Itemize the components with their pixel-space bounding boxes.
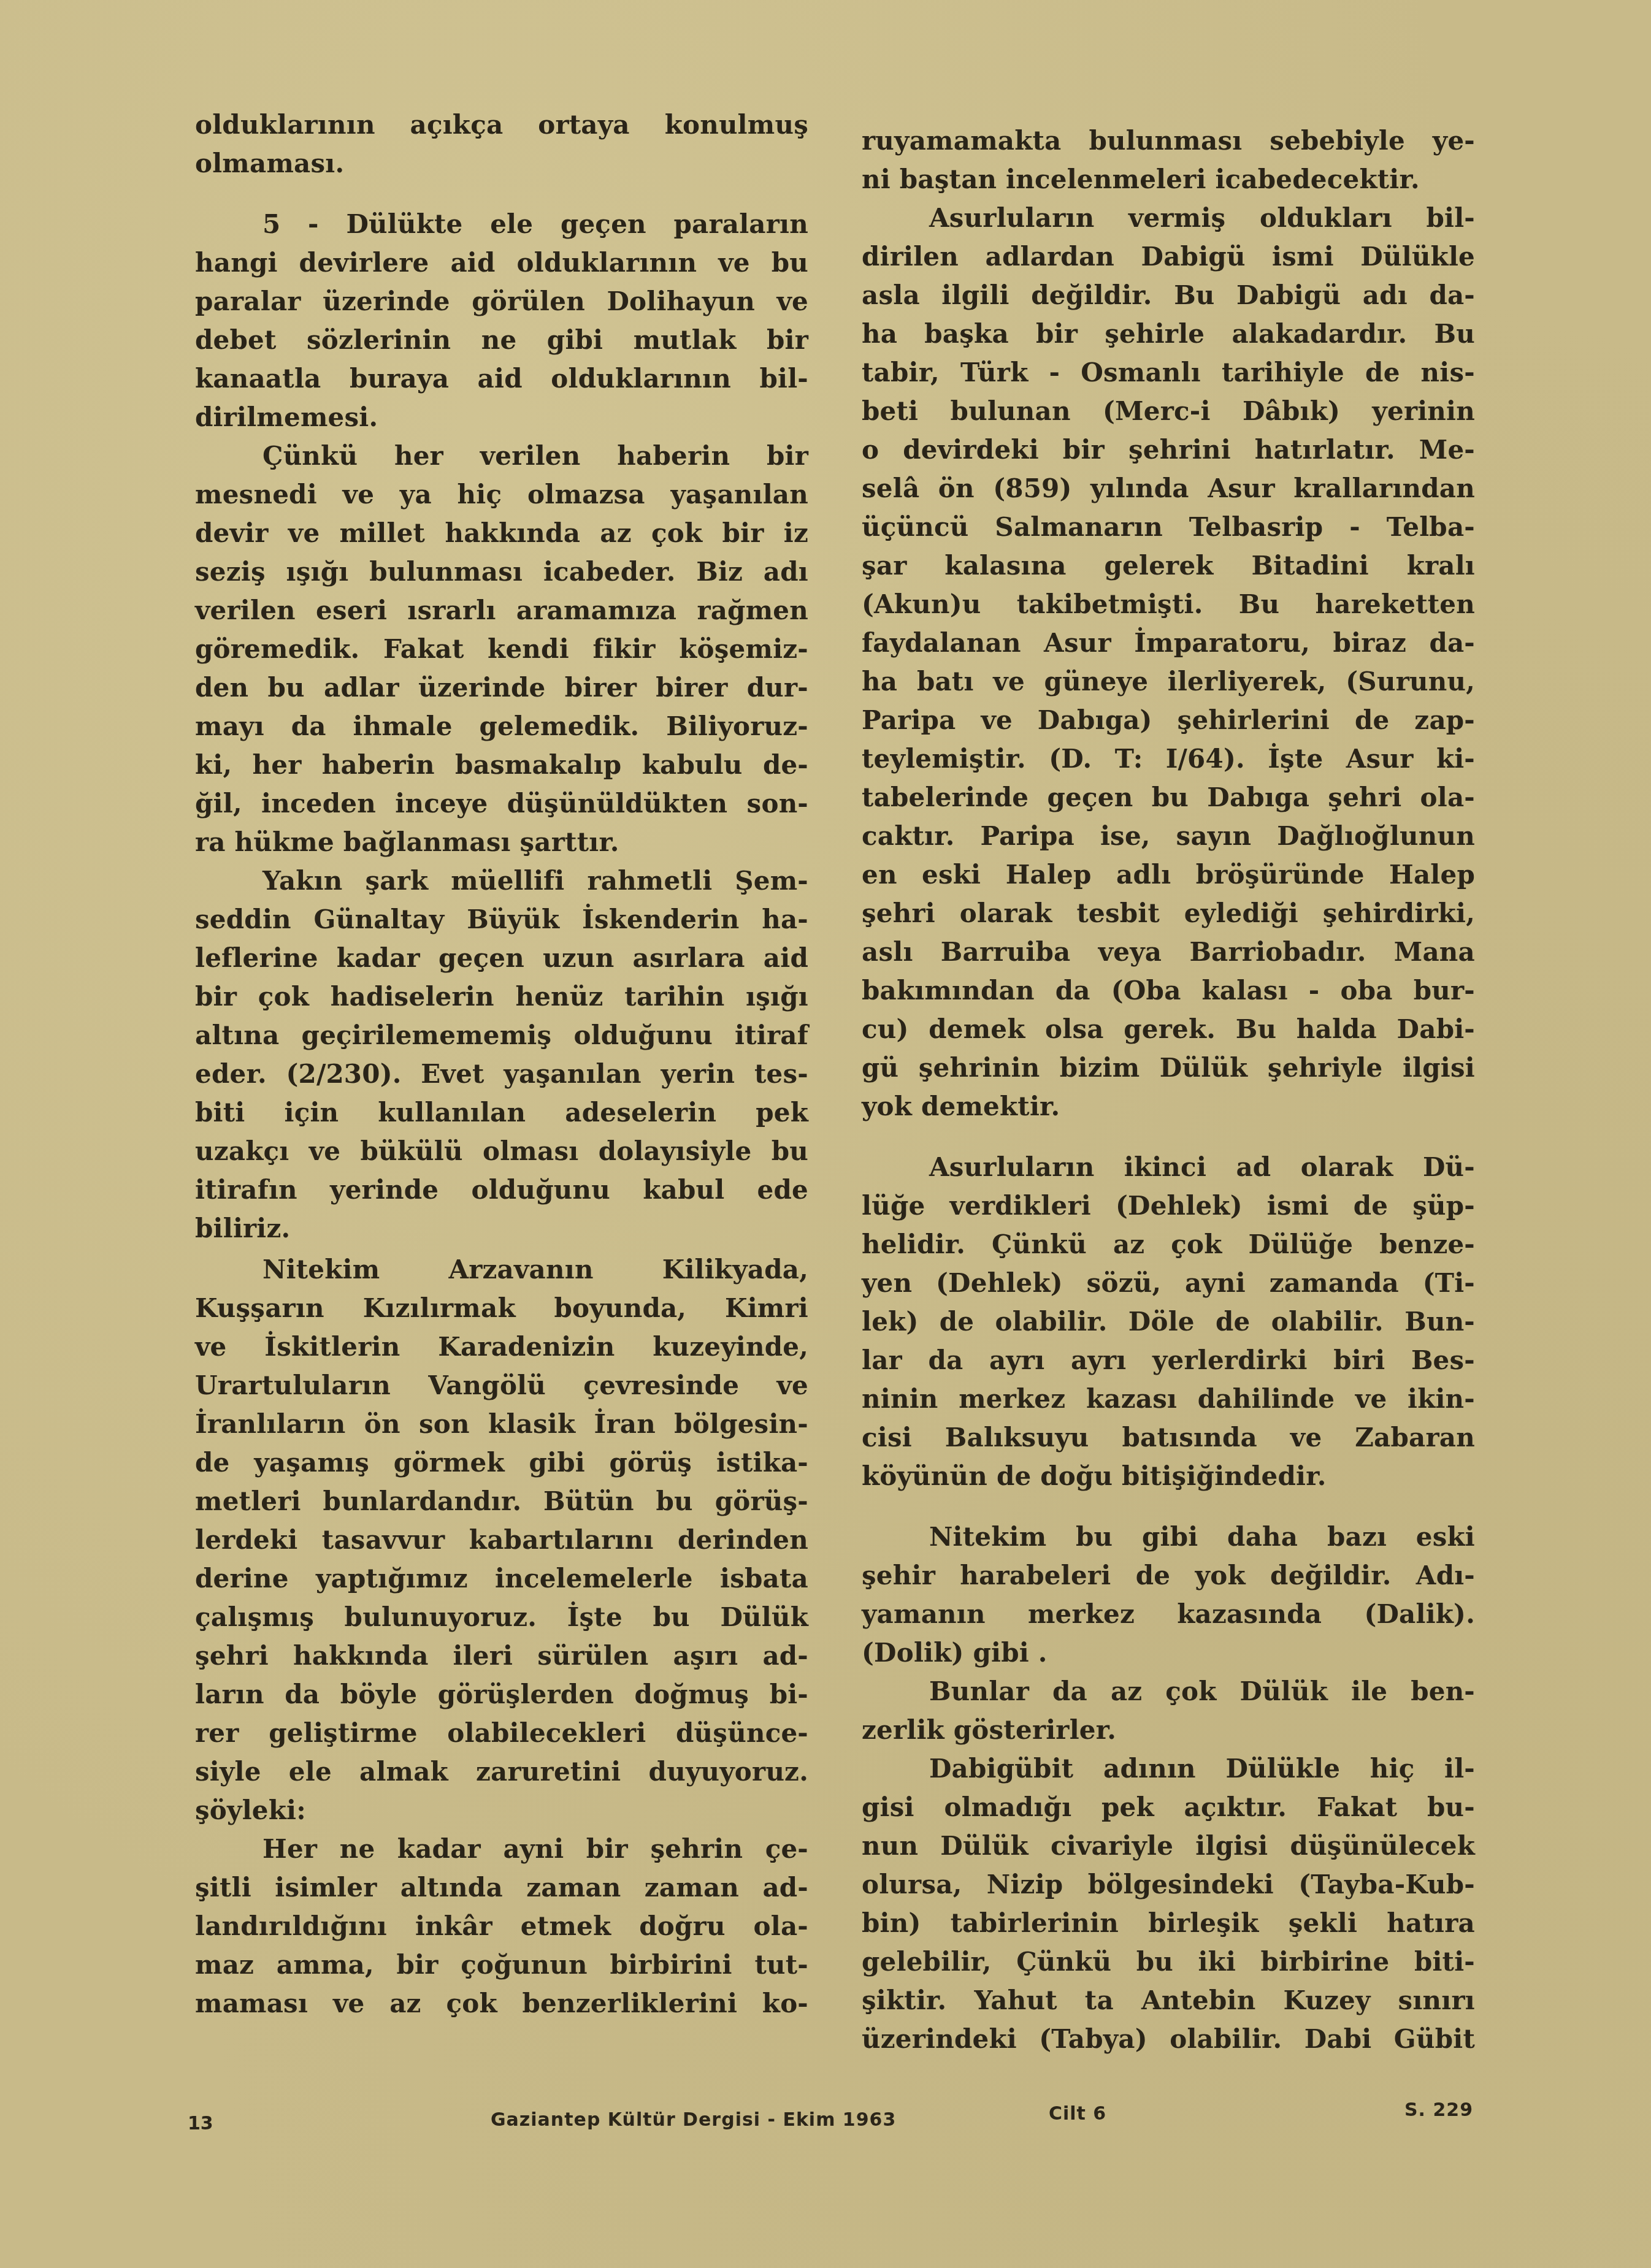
text-line: bakımından da (Oba kalası - oba bur- xyxy=(862,971,1475,1010)
text-line: ha başka bir şehirle alakadardır. Bu xyxy=(862,315,1475,353)
text-line: altına geçirilemememiş olduğunu itiraf xyxy=(195,1016,808,1055)
text-line: biliriz. xyxy=(195,1209,808,1248)
text-line: helidir. Çünkü az çok Dülüğe benze- xyxy=(862,1225,1475,1264)
text-line: gelebilir, Çünkü bu iki birbirine biti- xyxy=(862,1942,1475,1981)
text-line: selâ ön (859) yılında Asur krallarından xyxy=(862,469,1475,508)
paragraph: olduklarının açıkça ortaya konulmuş olma… xyxy=(195,105,808,183)
paragraph: 5 - Dülükte ele geçen paraların hangi de… xyxy=(195,205,808,437)
text-line: hangi devirlere aid olduklarının ve bu xyxy=(195,243,808,282)
text-line: verilen eseri ısrarlı aramamıza rağmen xyxy=(195,591,808,630)
publication-title: Gaziantep Kültür Dergisi - Ekim 1963 xyxy=(491,2109,896,2131)
text-line: maz amma, bir çoğunun birbirini tut- xyxy=(195,1945,808,1984)
text-line: şöyleki: xyxy=(195,1791,808,1830)
text-line: den bu adlar üzerinde birer birer dur- xyxy=(195,668,808,707)
text-line: siyle ele almak zaruretini duyuyoruz. xyxy=(195,1752,808,1791)
text-line: lerdeki tasavvur kabartılarını derinden xyxy=(195,1521,808,1559)
text-line: ha batı ve güneye ilerliyerek, (Surunu, xyxy=(862,662,1475,701)
text-line: caktır. Paripa ise, sayın Dağlıoğlunun xyxy=(862,817,1475,855)
text-line: Yakın şark müellifi rahmetli Şem- xyxy=(195,861,808,900)
page-number: 13 xyxy=(188,2113,213,2134)
text-line: Her ne kadar ayni bir şehrin çe- xyxy=(195,1830,808,1868)
left-column: olduklarının açıkça ortaya konulmuş olma… xyxy=(195,105,808,2023)
volume-label: Cilt 6 xyxy=(1049,2103,1106,2125)
text-line: yok demektir. xyxy=(862,1087,1475,1126)
text-line: cu) demek olsa gerek. Bu halda Dabi- xyxy=(862,1010,1475,1048)
right-column: ruyamamakta bulunması sebebiyle ye- ni b… xyxy=(862,121,1475,2058)
text-line: de yaşamış görmek gibi görüş istika- xyxy=(195,1443,808,1482)
text-line: şar kalasına gelerek Bitadini kralı xyxy=(862,546,1475,585)
text-line: kanaatla buraya aid olduklarının bil- xyxy=(195,359,808,398)
text-line: uzakçı ve bükülü olması dolayısiyle bu xyxy=(195,1132,808,1170)
text-line: aslı Barruiba veya Barriobadır. Mana xyxy=(862,933,1475,971)
text-line: şehri hakkında ileri sürülen aşırı ad- xyxy=(195,1636,808,1675)
paragraph: Her ne kadar ayni bir şehrin çe- şitli i… xyxy=(195,1830,808,2023)
text-line: faydalanan Asur İmparatoru, biraz da- xyxy=(862,624,1475,662)
text-line: Asurluların vermiş oldukları bil- xyxy=(862,199,1475,237)
text-line: paralar üzerinde görülen Dolihayun ve xyxy=(195,282,808,321)
text-line: üzerindeki (Tabya) olabilir. Dabi Gübit xyxy=(862,2020,1475,2058)
paragraph: Asurluların ikinci ad olarak Dü- lüğe ve… xyxy=(862,1148,1475,1495)
text-line: lek) de olabilir. Döle de olabilir. Bun- xyxy=(862,1302,1475,1341)
text-line: dirilen adlardan Dabigü ismi Dülükle xyxy=(862,237,1475,276)
text-line: cisi Balıksuyu batısında ve Zabaran xyxy=(862,1418,1475,1457)
text-line: köyünün de doğu bitişiğindedir. xyxy=(862,1457,1475,1495)
text-line: ruyamamakta bulunması sebebiyle ye- xyxy=(862,121,1475,160)
text-line: nun Dülük civariyle ilgisi düşünülecek xyxy=(862,1827,1475,1865)
text-line: Nitekim Arzavanın Kilikyada, xyxy=(195,1250,808,1289)
text-line: Nitekim bu gibi daha bazı eski xyxy=(862,1518,1475,1556)
text-line: metleri bunlardandır. Bütün bu görüş- xyxy=(195,1482,808,1521)
text-line: İranlıların ön son klasik İran bölgesin- xyxy=(195,1405,808,1443)
text-line: bir çok hadiselerin henüz tarihin ışığı xyxy=(195,977,808,1016)
text-line: tabir, Türk - Osmanlı tarihiyle de nis- xyxy=(862,353,1475,392)
text-line: Kuşşarın Kızılırmak boyunda, Kimri xyxy=(195,1289,808,1327)
paragraph: Asurluların vermiş oldukları bil- dirile… xyxy=(862,199,1475,1126)
text-line: olursa, Nizip bölgesindeki (Tayba-Kub- xyxy=(862,1865,1475,1904)
text-line: mayı da ihmale gelemedik. Biliyoruz- xyxy=(195,707,808,746)
paragraph: Çünkü her verilen haberin bir mesnedi ve… xyxy=(195,437,808,861)
text-line: göremedik. Fakat kendi fikir köşemiz- xyxy=(195,630,808,668)
text-line: o devirdeki bir şehrini hatırlatır. Me- xyxy=(862,430,1475,469)
text-line: derine yaptığımız incelemelerle isbata xyxy=(195,1559,808,1598)
text-line: yen (Dehlek) sözü, ayni zamanda (Ti- xyxy=(862,1264,1475,1302)
text-line: debet sözlerinin ne gibi mutlak bir xyxy=(195,321,808,359)
text-line: ra hükme bağlanması şarttır. xyxy=(195,823,808,861)
text-line: lar da ayrı ayrı yerlerdirki biri Bes- xyxy=(862,1341,1475,1380)
text-line: ğil, inceden inceye düşünüldükten son- xyxy=(195,784,808,823)
text-line: ni baştan incelenmeleri icabedecektir. xyxy=(862,160,1475,199)
text-line: seziş ışığı bulunması icabeder. Biz adı xyxy=(195,552,808,591)
text-line: seddin Günaltay Büyük İskenderin ha- xyxy=(195,900,808,939)
text-line: yamanın merkez kazasında (Dalik). xyxy=(862,1595,1475,1633)
text-line: beti bulunan (Merc-i Dâbık) yerinin xyxy=(862,392,1475,430)
text-line: dirilmemesi. xyxy=(195,398,808,437)
text-line: ninin merkez kazası dahilinde ve ikin- xyxy=(862,1380,1475,1418)
text-line: asla ilgili değildir. Bu Dabigü adı da- xyxy=(862,276,1475,315)
text-line: en eski Halep adlı bröşüründe Halep xyxy=(862,855,1475,894)
text-line: ve İskitlerin Karadenizin kuzeyinde, xyxy=(195,1327,808,1366)
text-line: gisi olmadığı pek açıktır. Fakat bu- xyxy=(862,1788,1475,1827)
paragraph: Yakın şark müellifi rahmetli Şem- seddin… xyxy=(195,861,808,1248)
text-line: Dabigübit adının Dülükle hiç il- xyxy=(862,1749,1475,1788)
paragraph: Nitekim Arzavanın Kilikyada, Kuşşarın Kı… xyxy=(195,1250,808,1830)
issue-page-label: S. 229 xyxy=(1404,2099,1473,2121)
text-line: şehir harabeleri de yok değildir. Adı- xyxy=(862,1556,1475,1595)
text-line: Urartuluların Vangölü çevresinde ve xyxy=(195,1366,808,1405)
text-line: lüğe verdikleri (Dehlek) ismi de şüp- xyxy=(862,1186,1475,1225)
text-line: üçüncü Salmanarın Telbasrip - Telba- xyxy=(862,508,1475,546)
paragraph: ruyamamakta bulunması sebebiyle ye- ni b… xyxy=(862,121,1475,199)
text-line: biti için kullanılan adeselerin pek xyxy=(195,1093,808,1132)
text-line: tabelerinde geçen bu Dabıga şehri ola- xyxy=(862,778,1475,817)
text-line: leflerine kadar geçen uzun asırlara aid xyxy=(195,939,808,977)
text-line: maması ve az çok benzerliklerini ko- xyxy=(195,1984,808,2023)
text-line: (Dolik) gibi . xyxy=(862,1633,1475,1672)
text-line: olduklarının açıkça ortaya konulmuş xyxy=(195,105,808,144)
text-line: bin) tabirlerinin birleşik şekli hatıra xyxy=(862,1904,1475,1942)
text-line: şitli isimler altında zaman zaman ad- xyxy=(195,1868,808,1907)
text-line: Çünkü her verilen haberin bir xyxy=(195,437,808,475)
text-line: Bunlar da az çok Dülük ile ben- xyxy=(862,1672,1475,1711)
text-line: 5 - Dülükte ele geçen paraların xyxy=(195,205,808,243)
text-line: gü şehrinin bizim Dülük şehriyle ilgisi xyxy=(862,1048,1475,1087)
paragraph: Bunlar da az çok Dülük ile ben- zerlik g… xyxy=(862,1672,1475,1749)
text-line: rer geliştirme olabilecekleri düşünce- xyxy=(195,1714,808,1752)
text-line: (Akun)u takibetmişti. Bu hareketten xyxy=(862,585,1475,624)
text-line: itirafın yerinde olduğunu kabul ede xyxy=(195,1170,808,1209)
paragraph: Nitekim bu gibi daha bazı eski şehir har… xyxy=(862,1518,1475,1672)
text-line: zerlik gösterirler. xyxy=(862,1711,1475,1749)
text-line: teylemiştir. (D. T: I/64). İşte Asur ki- xyxy=(862,739,1475,778)
text-line: Paripa ve Dabıga) şehirlerini de zap- xyxy=(862,701,1475,739)
text-line: ki, her haberin basmakalıp kabulu de- xyxy=(195,746,808,784)
text-line: şehri olarak tesbit eylediği şehirdirki, xyxy=(862,894,1475,933)
text-line: landırıldığını inkâr etmek doğru ola- xyxy=(195,1907,808,1945)
text-line: mesnedi ve ya hiç olmazsa yaşanılan xyxy=(195,475,808,514)
text-line: olmaması. xyxy=(195,144,808,183)
text-line: Asurluların ikinci ad olarak Dü- xyxy=(862,1148,1475,1186)
text-line: eder. (2/230). Evet yaşanılan yerin tes- xyxy=(195,1055,808,1093)
paragraph: Dabigübit adının Dülükle hiç il- gisi ol… xyxy=(862,1749,1475,2058)
text-line: ların da böyle görüşlerden doğmuş bi- xyxy=(195,1675,808,1714)
text-line: şiktir. Yahut ta Antebin Kuzey sınırı xyxy=(862,1981,1475,2020)
page-footer: 13 Gaziantep Kültür Dergisi - Ekim 1963 … xyxy=(184,2097,1484,2134)
text-line: çalışmış bulunuyoruz. İşte bu Dülük xyxy=(195,1598,808,1636)
text-line: devir ve millet hakkında az çok bir iz xyxy=(195,514,808,552)
